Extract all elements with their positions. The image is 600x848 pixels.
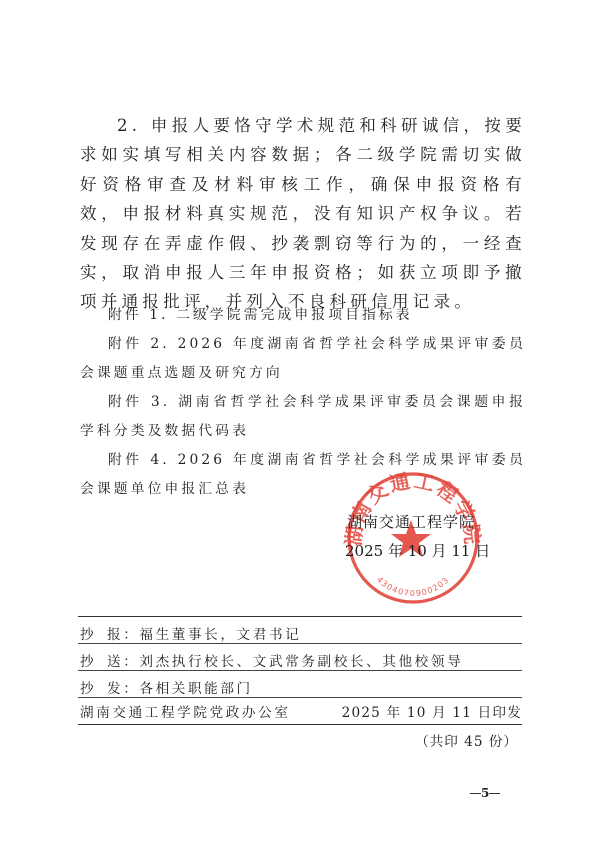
row-label-1: 抄 [80,677,107,697]
page-number-value: 5 [481,786,489,800]
divider [78,670,522,671]
divider [78,697,522,698]
document-page: 2. 申报人要恪守学术规范和科研诚信，按要求如实填写相关内容数据；各二级学院需切… [0,0,600,848]
row-value: 刘杰执行校长、文武常务副校长、其他校领导 [139,654,463,670]
distribution-row-issue: 抄发：各相关职能部门 [80,677,522,697]
body-paragraph: 2. 申报人要恪守学术规范和科研诚信，按要求如实填写相关内容数据；各二级学院需切… [80,111,526,317]
issue-date: 2025 年 10 月 11 日印发 [342,701,522,721]
issuer-office: 湖南交通工程学院党政办公室 [80,701,291,721]
official-seal-stamp: 湖南交通工程学院 4304070900203 [343,468,483,608]
copies-count: （共印 45 份） [415,730,518,750]
row-label-2: 报： [107,623,139,643]
signature-organization: 湖南交通工程学院 [347,511,475,532]
attachment-3: 附件 3. 湖南省哲学社会科学成果评审委员会课题申报学科分类及数据代码表 [80,388,526,446]
attachment-2: 附件 2. 2026 年度湖南省哲学社会科学成果评审委员会课题重点选题及研究方向 [80,330,526,388]
divider-top [78,616,522,617]
row-label-1: 抄 [80,623,107,643]
divider [78,643,522,644]
row-label-1: 抄 [80,650,107,670]
page-number: 5 [470,786,500,800]
row-value: 各相关职能部门 [139,681,252,697]
row-value: 福生董事长，文君书记 [139,627,301,643]
distribution-row-report: 抄报：福生董事长，文君书记 [80,623,522,643]
signature-date: 2025 年 10 月 11 日 [345,540,490,561]
row-label-2: 送： [107,650,139,670]
divider-bottom [78,724,522,725]
dash-right [489,793,500,794]
dash-left [470,793,481,794]
distribution-row-send: 抄送：刘杰执行校长、文武常务副校长、其他校领导 [80,650,522,670]
row-label-2: 发： [107,677,139,697]
attachment-1: 附件 1. 二级学院需完成申报项目指标表 [80,301,526,330]
